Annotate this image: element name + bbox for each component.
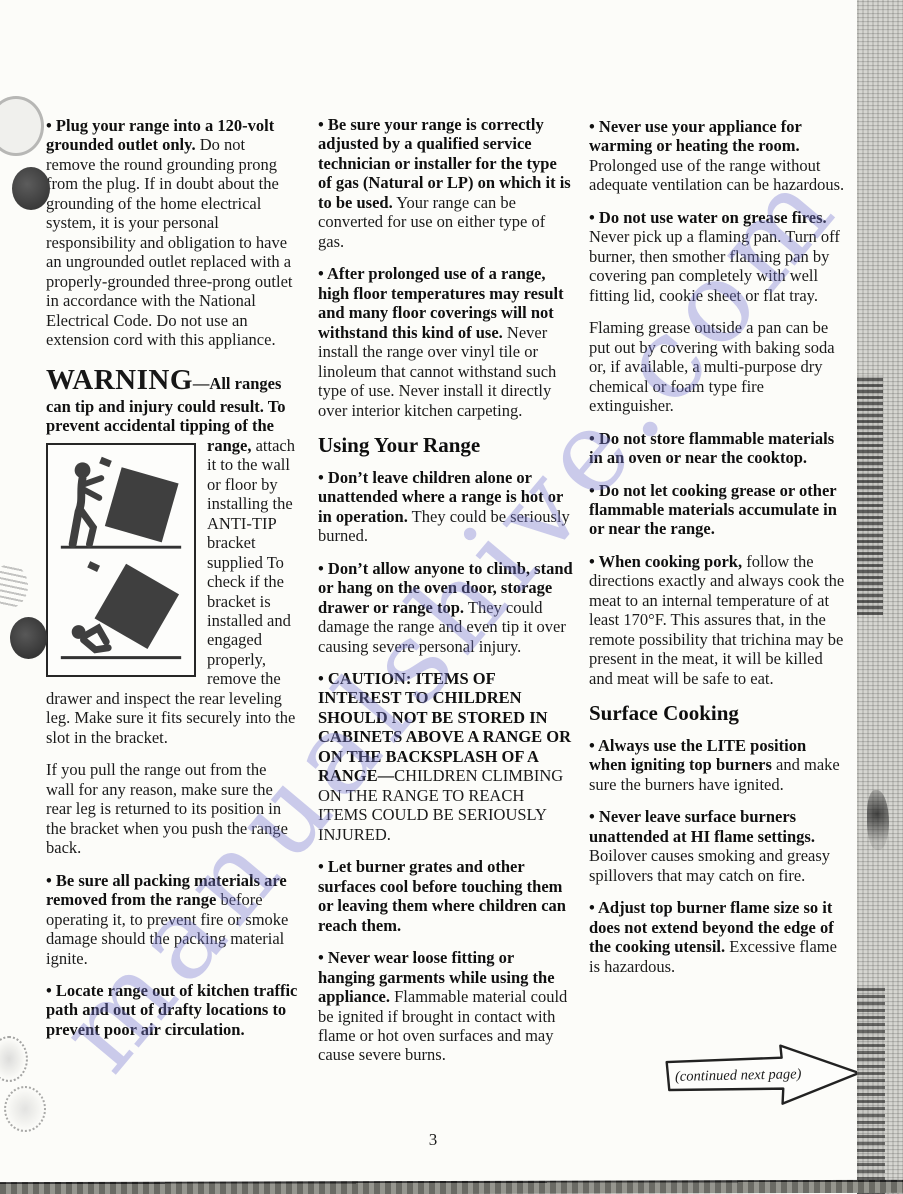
right-column: • Never use your appliance for warming o… (589, 117, 847, 989)
paragraph: • Never use your appliance for warming o… (589, 117, 847, 195)
paragraph: Flaming grease outside a pan can be put … (589, 318, 847, 415)
right-arrow-icon: (continued next page) (663, 1042, 864, 1108)
paragraph-body: Prolonged use of the range without adequ… (589, 156, 844, 194)
continued-note: (continued next page) (675, 1066, 802, 1085)
paragraph-lead: • Do not store flammable materials in an… (589, 429, 834, 467)
section-heading-surface-cooking: Surface Cooking (589, 701, 847, 726)
paragraph-body: Boilover causes smoking and greasy spill… (589, 846, 830, 884)
paragraph: • Never leave surface burners unattended… (589, 807, 847, 885)
scan-artifact-circle (0, 96, 44, 156)
scan-bottom-band (0, 1180, 903, 1194)
paragraph-body: Do not remove the round grounding prong … (46, 135, 293, 349)
paragraph-lead: • Never leave surface burners unattended… (589, 807, 815, 845)
paragraph-lead: • Let burner grates and other surfaces c… (318, 857, 566, 934)
paragraph: • Be sure all packing materials are remo… (46, 871, 298, 968)
paragraph: • Locate range out of kitchen traffic pa… (46, 981, 298, 1039)
paragraph: • When cooking pork, follow the directio… (589, 552, 847, 688)
paragraph: • Be sure your range is correctly adjust… (318, 115, 574, 251)
scan-edge-band (857, 0, 903, 1194)
paragraph-lead: • Never use your appliance for warming o… (589, 117, 801, 155)
paragraph: • Always use the LITE position when igni… (589, 736, 847, 794)
paragraph-lead: • Do not use water on grease fires. (589, 208, 827, 227)
paragraph: • Do not let cooking grease or other fla… (589, 481, 847, 539)
scan-edge-dark-patch (867, 790, 889, 850)
scan-artifact-dot (10, 617, 47, 659)
left-column: • Plug your range into a 120-volt ground… (46, 116, 298, 1052)
paragraph-body: follow the directions exactly and always… (589, 552, 844, 688)
paragraph-body: Never pick up a flaming pan. Turn off bu… (589, 227, 840, 304)
paragraph-lead: • When cooking pork, (589, 552, 742, 571)
paragraph: • Don’t leave children alone or unattend… (318, 468, 574, 546)
paragraph: • Don’t allow anyone to climb, stand or … (318, 559, 574, 656)
paragraph-body: Flaming grease outside a pan can be put … (589, 318, 835, 415)
paragraph: • Do not use water on grease fires. Neve… (589, 208, 847, 305)
scan-artifact-circle (4, 1086, 46, 1132)
scan-artifact-circle (0, 1036, 28, 1082)
continued-next-page-arrow: (continued next page) (663, 1042, 866, 1110)
paragraph: • Let burner grates and other surfaces c… (318, 857, 574, 935)
section-heading-using-your-range: Using Your Range (318, 433, 574, 458)
paragraph: • Adjust top burner flame size so it doe… (589, 898, 847, 976)
warning-block: WARNING—All ranges can tip and injury co… (46, 363, 298, 748)
anti-tip-warning-illustration (46, 443, 196, 677)
paragraph-caution: • CAUTION: ITEMS OF INTEREST TO CHILDREN… (318, 669, 574, 844)
scan-edge-dark-patch (857, 985, 885, 1194)
paragraph: • Plug your range into a 120-volt ground… (46, 116, 298, 350)
middle-column: • Be sure your range is correctly adjust… (318, 115, 574, 1078)
scanned-manual-page: • Plug your range into a 120-volt ground… (0, 0, 903, 1194)
scan-edge-dark-patch (857, 375, 883, 615)
paragraph: • Do not store flammable materials in an… (589, 429, 847, 468)
scan-artifact-smudge (0, 564, 28, 608)
range-tip-over-pictogram-icon (49, 448, 193, 674)
warning-title: WARNING (46, 364, 193, 396)
paragraph-lead: • Always use the LITE position when igni… (589, 736, 806, 774)
paragraph-lead: • Do not let cooking grease or other fla… (589, 481, 837, 539)
paragraph-body: If you pull the range out from the wall … (46, 760, 288, 857)
scan-artifact-dot (12, 167, 50, 210)
paragraph: If you pull the range out from the wall … (46, 760, 298, 857)
paragraph: • Never wear loose fitting or hanging ga… (318, 948, 574, 1065)
page-number: 3 (418, 1130, 448, 1150)
paragraph-lead: • Locate range out of kitchen traffic pa… (46, 981, 297, 1039)
paragraph: • After prolonged use of a range, high f… (318, 264, 574, 420)
